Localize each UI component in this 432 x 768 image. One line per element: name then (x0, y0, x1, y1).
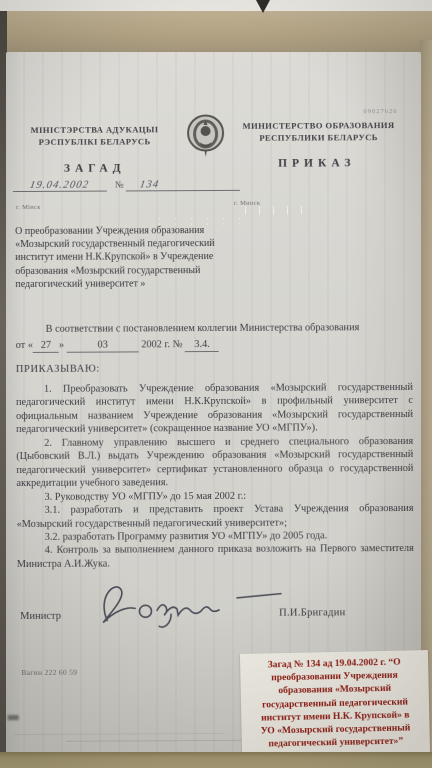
preamble-line1: В соответствии с постановлением коллегии… (16, 321, 412, 336)
document-content: 09027626 МІНІСТЭРСТВА АДУКАЦЫІ РЭСПУБЛІК… (4, 51, 423, 754)
preamble-day: 27 (41, 340, 51, 351)
subject-line: институт имени Н.К.Крупской» в Учреждени… (15, 250, 277, 265)
preamble-day-blank: 27 (33, 339, 59, 354)
resolution-word: ПРИКАЗЫВАЮ: (16, 364, 100, 375)
ministry-ru-line2: РЕСПУБЛИКИ БЕЛАРУСЬ (223, 131, 415, 144)
ministry-name-russian: МИНИСТЕРСТВО ОБРАЗОВАНИЯ РЕСПУБЛИКИ БЕЛА… (223, 120, 415, 144)
subject-line: О преобразовании Учреждения образования (15, 224, 277, 239)
ministry-name-belarusian: МІНІСТЭРСТВА АДУКАЦЫІ РЭСПУБЛІКІ БЕЛАРУС… (11, 124, 179, 148)
number-blank-line: 134 (126, 179, 240, 192)
minister-name: П.И.Бригадин (279, 607, 346, 618)
stamp-number: 09027626 (363, 108, 397, 115)
city-belarusian: г. Мінск (16, 204, 41, 211)
minister-signature (85, 576, 295, 638)
order-items: 1. Преобразовать Учреждение образования … (16, 381, 414, 571)
preamble-year-label: 2002 г. № (141, 339, 182, 350)
handwritten-number: 134 (139, 179, 160, 190)
subject-line: «Мозырский государственный педагогически… (15, 237, 277, 252)
date-number-row: 19.04.2002№ 134 (13, 179, 273, 192)
annotation-sticker: Загад № 134 ад 19.04.2002 г. “О преобраз… (240, 650, 430, 757)
minister-role: Министр (20, 611, 61, 622)
order-item-4: 4. Контроль за выполнением данного прика… (17, 542, 414, 571)
order-item-2: 2. Главному управлению высшего и среднег… (16, 435, 413, 491)
preamble-close-quote: » (59, 340, 64, 351)
contact-phone: Вагин 222 60 59 (21, 668, 77, 677)
preamble-from-label: от « (16, 340, 33, 351)
number-sign: № (115, 179, 124, 189)
perforation-marks-row1: ︱︱︱︱︱ (241, 203, 311, 216)
wall-strip-top (0, 0, 432, 11)
subject-line: педагогический университет » (15, 276, 277, 291)
ministry-ru-line1: МИНИСТЕРСТВО ОБРАЗОВАНИЯ (223, 120, 415, 133)
frame-top-band (0, 11, 432, 53)
order-title-belarusian: ЗАГАД (15, 162, 175, 175)
hanger-mark (256, 0, 270, 13)
order-item-1: 1. Преобразовать Учреждение образования … (16, 381, 413, 437)
document-paper: 09027626 МІНІСТЭРСТВА АДУКАЦЫІ РЭСПУБЛІК… (6, 52, 421, 753)
preamble-number: 3.4. (194, 339, 210, 350)
preamble-number-blank: 3.4. (185, 338, 219, 353)
sticker-line: педагогический университет»” (245, 734, 427, 751)
order-item-3-1: 3.1. разработать и представить проект Ус… (17, 502, 414, 531)
subject-block: О преобразовании Учреждения образования … (15, 224, 277, 291)
faint-line (66, 740, 256, 742)
coat-of-arms-emblem (185, 112, 225, 163)
date-blank-line: 19.04.2002 (13, 180, 107, 192)
frame-bottom-band (0, 752, 432, 768)
handwritten-date: 19.04.2002 (29, 180, 90, 191)
preamble-month-blank: 03 (67, 338, 139, 353)
order-title-russian: ПРИКАЗ (227, 157, 407, 170)
subject-line: образования «Мозырский государственный (15, 263, 277, 278)
preamble-month: 03 (97, 340, 107, 351)
ministry-be-line2: РЭСПУБЛІКІ БЕЛАРУСЬ (11, 136, 179, 148)
paper-smudge (8, 715, 19, 720)
ministry-be-line1: МІНІСТЭРСТВА АДУКАЦЫІ (11, 124, 179, 136)
faint-line (14, 733, 224, 735)
preamble-line2: от «27» 03 2002 г. № 3.4. (16, 337, 412, 353)
